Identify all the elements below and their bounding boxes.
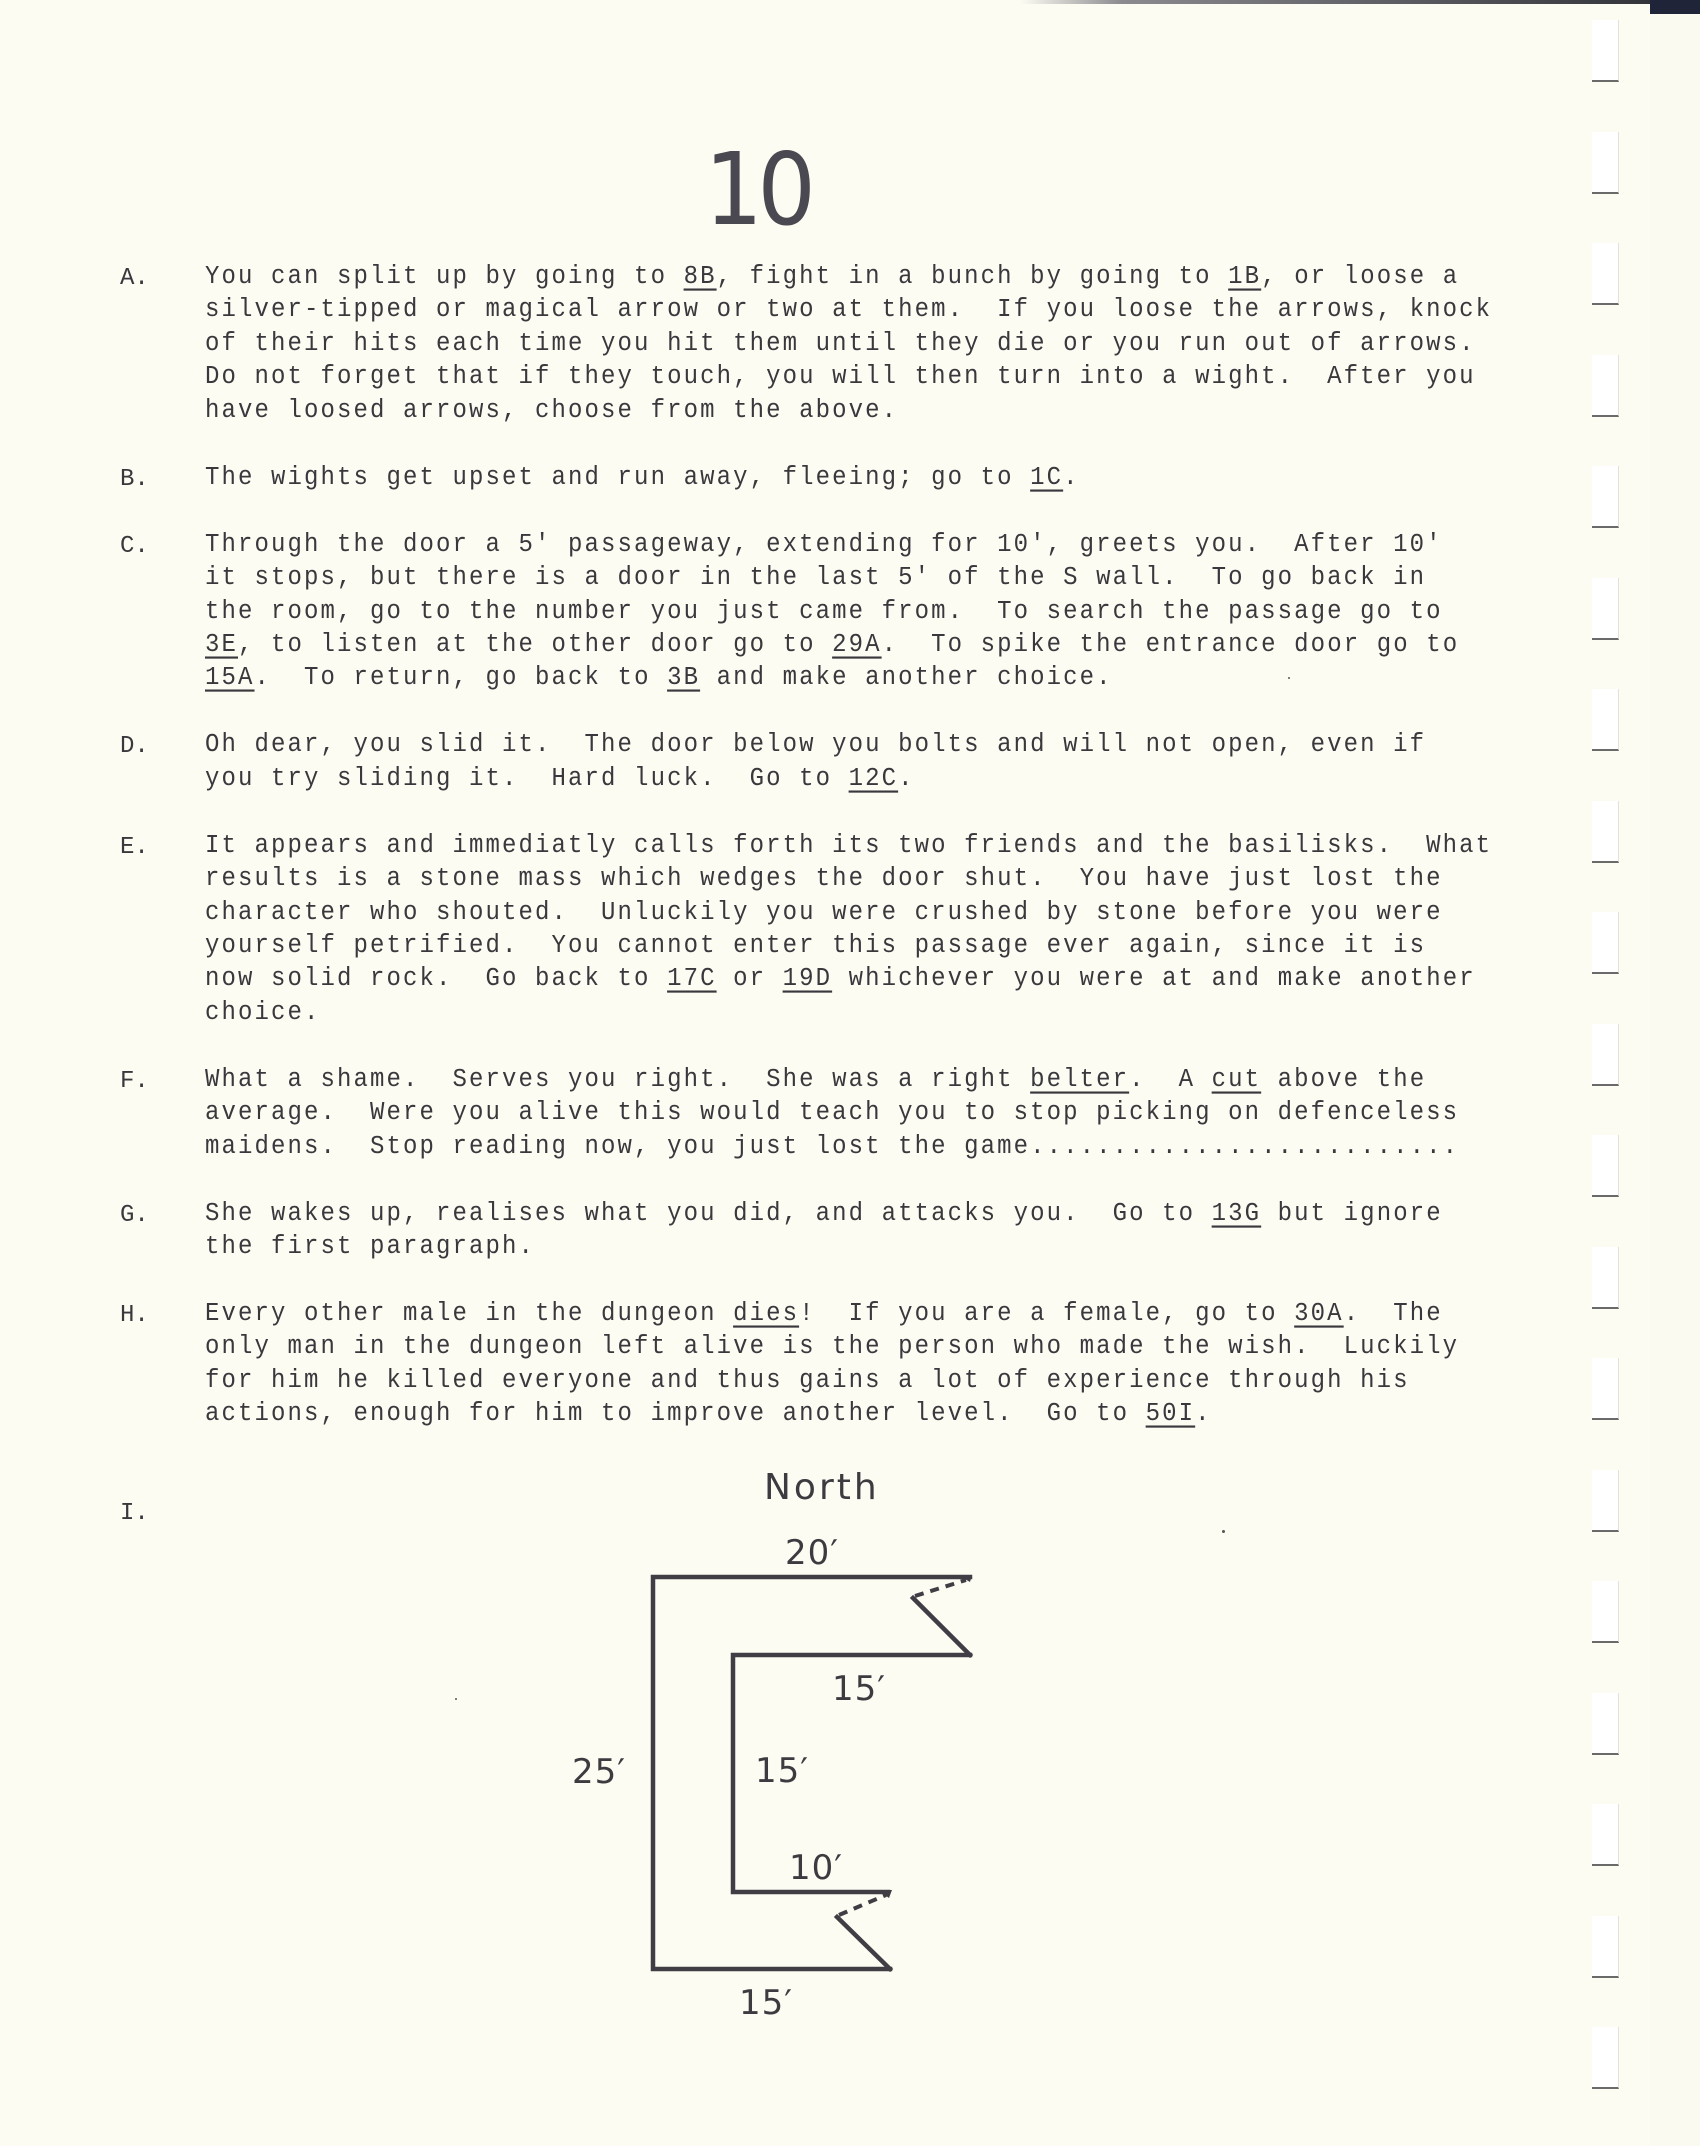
dimension-lower-inner: 10′ <box>789 1851 843 1885</box>
text-run: It appears and immediatly calls forth it… <box>205 831 1492 860</box>
page-margin-right <box>1650 14 1700 2146</box>
section-text-line: What a shame. Serves you right. She was … <box>205 1062 1426 1098</box>
dimension-outer-side: 25′ <box>572 1755 626 1789</box>
binder-edge <box>1650 0 1700 14</box>
dimension-inner-side: 15′ <box>755 1754 809 1788</box>
section-label: G. <box>120 1199 149 1233</box>
upper-door-swing <box>915 1580 966 1596</box>
lower-door-hinge <box>878 1890 892 1898</box>
text-run: . To return, go back to <box>255 664 668 693</box>
scan-speck <box>1222 1530 1225 1533</box>
north-label: North <box>764 1470 880 1506</box>
text-run: character who shouted. Unluckily you wer… <box>205 898 1443 927</box>
upper-door-hinge <box>958 1575 972 1582</box>
section-text-line: 3E, to listen at the other door go to 29… <box>205 627 1459 663</box>
paragraph-reference-link[interactable]: 3E <box>205 630 238 659</box>
section-text-line: actions, enough for him to improve anoth… <box>205 1397 1212 1433</box>
lower-door-swing <box>839 1895 886 1915</box>
section-text-line: The wights get upset and run away, fleei… <box>205 460 1080 496</box>
section-text-line: results is a stone mass which wedges the… <box>205 861 1443 897</box>
lower-door-jamb <box>837 1917 890 1969</box>
text-run: Oh dear, you slid it. The door below you… <box>205 731 1426 760</box>
text-run: maidens. Stop reading now, you just lost… <box>205 1132 1459 1161</box>
text-run: the first paragraph. <box>205 1233 535 1262</box>
text-run: , to listen at the other door go to <box>238 630 832 659</box>
text-run: Every other male in the dungeon <box>205 1299 733 1328</box>
text-run: but ignore <box>1261 1199 1443 1228</box>
upper-door-jamb <box>913 1598 970 1655</box>
section-text-line: only man in the dungeon left alive is th… <box>205 1330 1459 1366</box>
binder-slot <box>1592 1247 1619 1309</box>
binder-slot <box>1592 1135 1619 1197</box>
binder-slot <box>1592 912 1619 974</box>
section-text-line: She wakes up, realises what you did, and… <box>205 1196 1443 1232</box>
section-text-line: of their hits each time you hit them unt… <box>205 326 1476 362</box>
text-run: now solid rock. Go back to <box>205 965 667 994</box>
section-text-line: Do not forget that if they touch, you wi… <box>205 360 1476 396</box>
text-run: Through the door a 5' passageway, extend… <box>205 530 1443 559</box>
text-run: , fight in a bunch by going to <box>717 263 1229 292</box>
section-text-line: choice. <box>205 995 321 1031</box>
text-run: of their hits each time you hit them unt… <box>205 329 1476 358</box>
binder-slot <box>1592 801 1619 863</box>
text-run: have loosed arrows, choose from the abov… <box>205 396 898 425</box>
binder-slot <box>1592 689 1619 751</box>
paragraph-reference-link[interactable]: 1B <box>1228 263 1261 292</box>
section-text-line: average. Were you alive this would teach… <box>205 1096 1459 1132</box>
paragraph-reference-link[interactable]: 30A <box>1294 1299 1344 1328</box>
text-run: only man in the dungeon left alive is th… <box>205 1333 1459 1362</box>
text-run: silver-tipped or magical arrow or two at… <box>205 296 1492 325</box>
text-run: actions, enough for him to improve anoth… <box>205 1400 1146 1429</box>
paragraph-reference-link[interactable]: belter <box>1030 1065 1129 1094</box>
dimension-bottom: 15′ <box>739 1986 793 2020</box>
text-run: . A <box>1129 1065 1212 1094</box>
binder-slot <box>1592 1581 1619 1643</box>
text-run: You can split up by going to <box>205 263 684 292</box>
paragraph-reference-link[interactable]: dies <box>733 1299 799 1328</box>
binder-slot <box>1592 132 1619 194</box>
paragraph-reference-link[interactable]: 12C <box>849 764 899 793</box>
text-run: average. Were you alive this would teach… <box>205 1099 1459 1128</box>
binder-slot <box>1592 1804 1619 1866</box>
text-run: the room, go to the number you just came… <box>205 597 1443 626</box>
section-text-line: Oh dear, you slid it. The door below you… <box>205 728 1426 764</box>
page-number: 10 <box>704 135 805 245</box>
section-label: I. <box>120 1497 149 1531</box>
text-run: choice. <box>205 998 321 1027</box>
binder-slot <box>1592 1024 1619 1086</box>
paragraph-reference-link[interactable]: 13G <box>1212 1199 1262 1228</box>
binder-slot <box>1592 578 1619 640</box>
section-label: B. <box>120 463 149 497</box>
text-run: The wights get upset and run away, fleei… <box>205 463 1030 492</box>
section-label: E. <box>120 831 149 865</box>
scan-speck <box>455 1698 457 1700</box>
paragraph-reference-link[interactable]: 1C <box>1030 463 1063 492</box>
text-run: She wakes up, realises what you did, and… <box>205 1199 1212 1228</box>
text-run: for him he killed everyone and thus gain… <box>205 1366 1410 1395</box>
section-text-line: Through the door a 5' passageway, extend… <box>205 527 1443 563</box>
binder-slot <box>1592 1693 1619 1755</box>
section-label: H. <box>120 1299 149 1333</box>
section-text-line: the first paragraph. <box>205 1229 535 1265</box>
text-run: , or loose a <box>1261 263 1459 292</box>
section-label: F. <box>120 1065 149 1099</box>
binder-slot <box>1592 2027 1619 2089</box>
section-text-line: silver-tipped or magical arrow or two at… <box>205 293 1492 329</box>
dimension-upper-inner: 15′ <box>832 1672 886 1706</box>
paragraph-reference-link[interactable]: 15A <box>205 664 255 693</box>
section-text-line: yourself petrified. You cannot enter thi… <box>205 928 1426 964</box>
paragraph-reference-link[interactable]: cut <box>1212 1065 1262 1094</box>
text-run: . The <box>1344 1299 1443 1328</box>
text-run: What a shame. Serves you right. She was … <box>205 1065 1030 1094</box>
outer-wall <box>653 1577 970 1969</box>
text-run: you try sliding it. Hard luck. Go to <box>205 764 849 793</box>
binder-slot <box>1592 355 1619 417</box>
paragraph-reference-link[interactable]: 17C <box>667 965 717 994</box>
text-run: and make another choice. <box>700 664 1113 693</box>
text-run: or <box>717 965 783 994</box>
text-run: ! If you are a female, go to <box>799 1299 1294 1328</box>
binder-slot <box>1592 20 1619 82</box>
binder-slot <box>1592 466 1619 528</box>
section-text-line: It appears and immediatly calls forth it… <box>205 828 1492 864</box>
text-run: . <box>1195 1400 1212 1429</box>
dimension-top: 20′ <box>785 1536 839 1570</box>
text-run: yourself petrified. You cannot enter thi… <box>205 932 1426 961</box>
section-text-line: the room, go to the number you just came… <box>205 594 1443 630</box>
text-run: Do not forget that if they touch, you wi… <box>205 363 1476 392</box>
binder-slot <box>1592 243 1619 305</box>
section-label: A. <box>120 262 149 296</box>
section-text-line: Every other male in the dungeon dies! If… <box>205 1296 1443 1332</box>
text-run: whichever you were at and make another <box>832 965 1476 994</box>
binder-slot <box>1592 1470 1619 1532</box>
section-text-line: it stops, but there is a door in the las… <box>205 560 1426 596</box>
page-top-edge <box>0 0 1700 4</box>
text-run: above the <box>1261 1065 1426 1094</box>
paragraph-reference-link[interactable]: 29A <box>832 630 882 659</box>
paragraph-reference-link[interactable]: 19D <box>783 965 833 994</box>
paragraph-reference-link[interactable]: 3B <box>667 664 700 693</box>
text-run: results is a stone mass which wedges the… <box>205 865 1443 894</box>
text-run: . <box>898 764 915 793</box>
text-run: . <box>1063 463 1080 492</box>
section-text-line: for him he killed everyone and thus gain… <box>205 1363 1410 1399</box>
text-run: . To spike the entrance door go to <box>882 630 1460 659</box>
section-text-line: You can split up by going to 8B, fight i… <box>205 259 1459 295</box>
section-label: C. <box>120 530 149 564</box>
section-text-line: you try sliding it. Hard luck. Go to 12C… <box>205 761 915 797</box>
section-text-line: now solid rock. Go back to 17C or 19D wh… <box>205 962 1476 998</box>
paragraph-reference-link[interactable]: 50I <box>1146 1400 1196 1429</box>
section-text-line: have loosed arrows, choose from the abov… <box>205 393 898 429</box>
paragraph-reference-link[interactable]: 8B <box>684 263 717 292</box>
text-run: it stops, but there is a door in the las… <box>205 564 1426 593</box>
section-text-line: maidens. Stop reading now, you just lost… <box>205 1129 1459 1165</box>
section-text-line: 15A. To return, go back to 3B and make a… <box>205 661 1113 697</box>
scan-speck <box>1288 677 1290 679</box>
binder-slot <box>1592 1358 1619 1420</box>
section-label: D. <box>120 730 149 764</box>
section-text-line: character who shouted. Unluckily you wer… <box>205 895 1443 931</box>
binder-slot <box>1592 1916 1619 1978</box>
